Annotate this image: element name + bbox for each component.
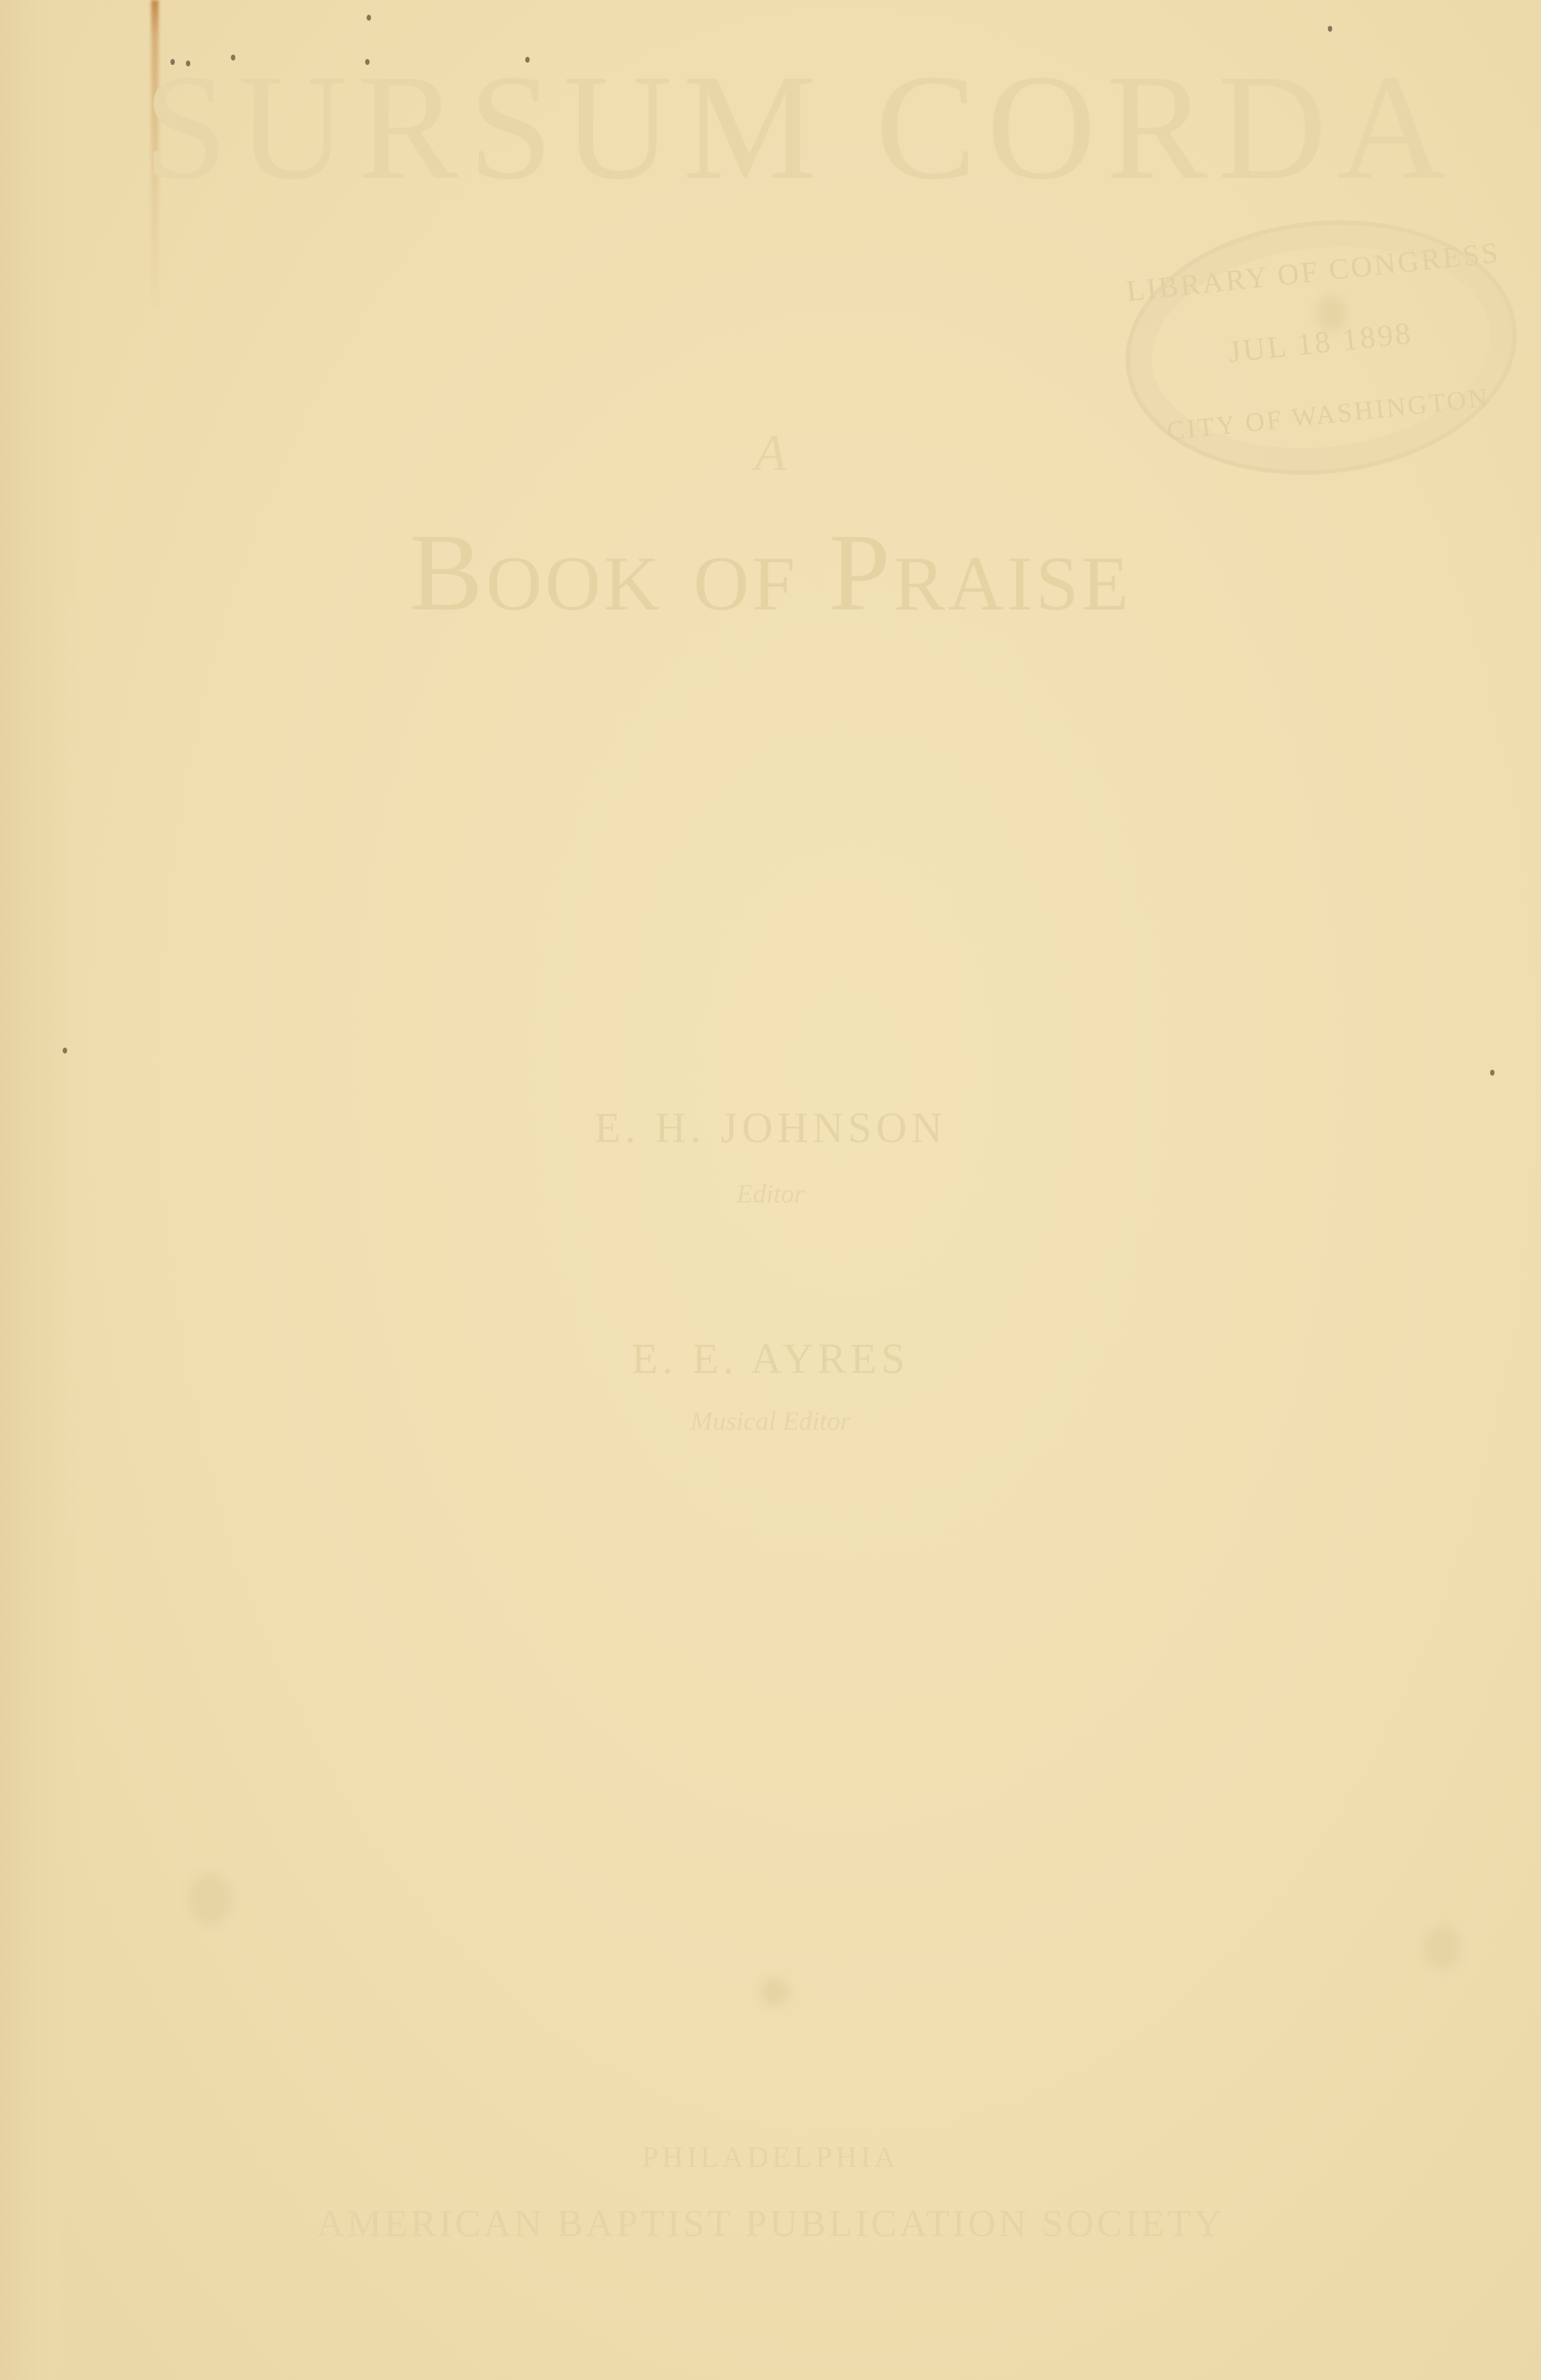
paper-smudge [1424,1926,1461,1970]
paper-speck [170,59,175,65]
paper-smudge [1317,295,1346,332]
paper-speck [1490,1070,1495,1076]
paper-speck [367,15,371,21]
title-article: A [0,424,1541,483]
imprint-city: PHILADELPHIA [0,2139,1541,2174]
imprint-publisher: AMERICAN BAPTIST PUBLICATION SOCIETY [0,2202,1541,2246]
book-title: SURSUM CORDA [30,41,1541,215]
paper-speck [63,1048,67,1054]
paper-speck [525,57,530,63]
paper-speck [365,59,370,65]
musical-editor-name: E. E. AYRES [0,1334,1541,1383]
paper-speck [231,55,235,60]
editor-name: E. H. JOHNSON [0,1103,1541,1152]
paper-speck [186,60,190,66]
editor-role: Editor [0,1178,1541,1209]
scanned-title-page: SURSUM CORDA LIBRARY OF CONGRESS JUL 18 … [0,0,1541,2380]
musical-editor-role: Musical Editor [0,1405,1541,1436]
paper-speck [1328,26,1332,32]
paper-smudge [188,1874,232,1926]
paper-smudge [760,1977,789,2007]
stamp-top-text: LIBRARY OF CONGRESS [1121,235,1506,309]
book-subtitle: Book of Praise [0,509,1541,636]
